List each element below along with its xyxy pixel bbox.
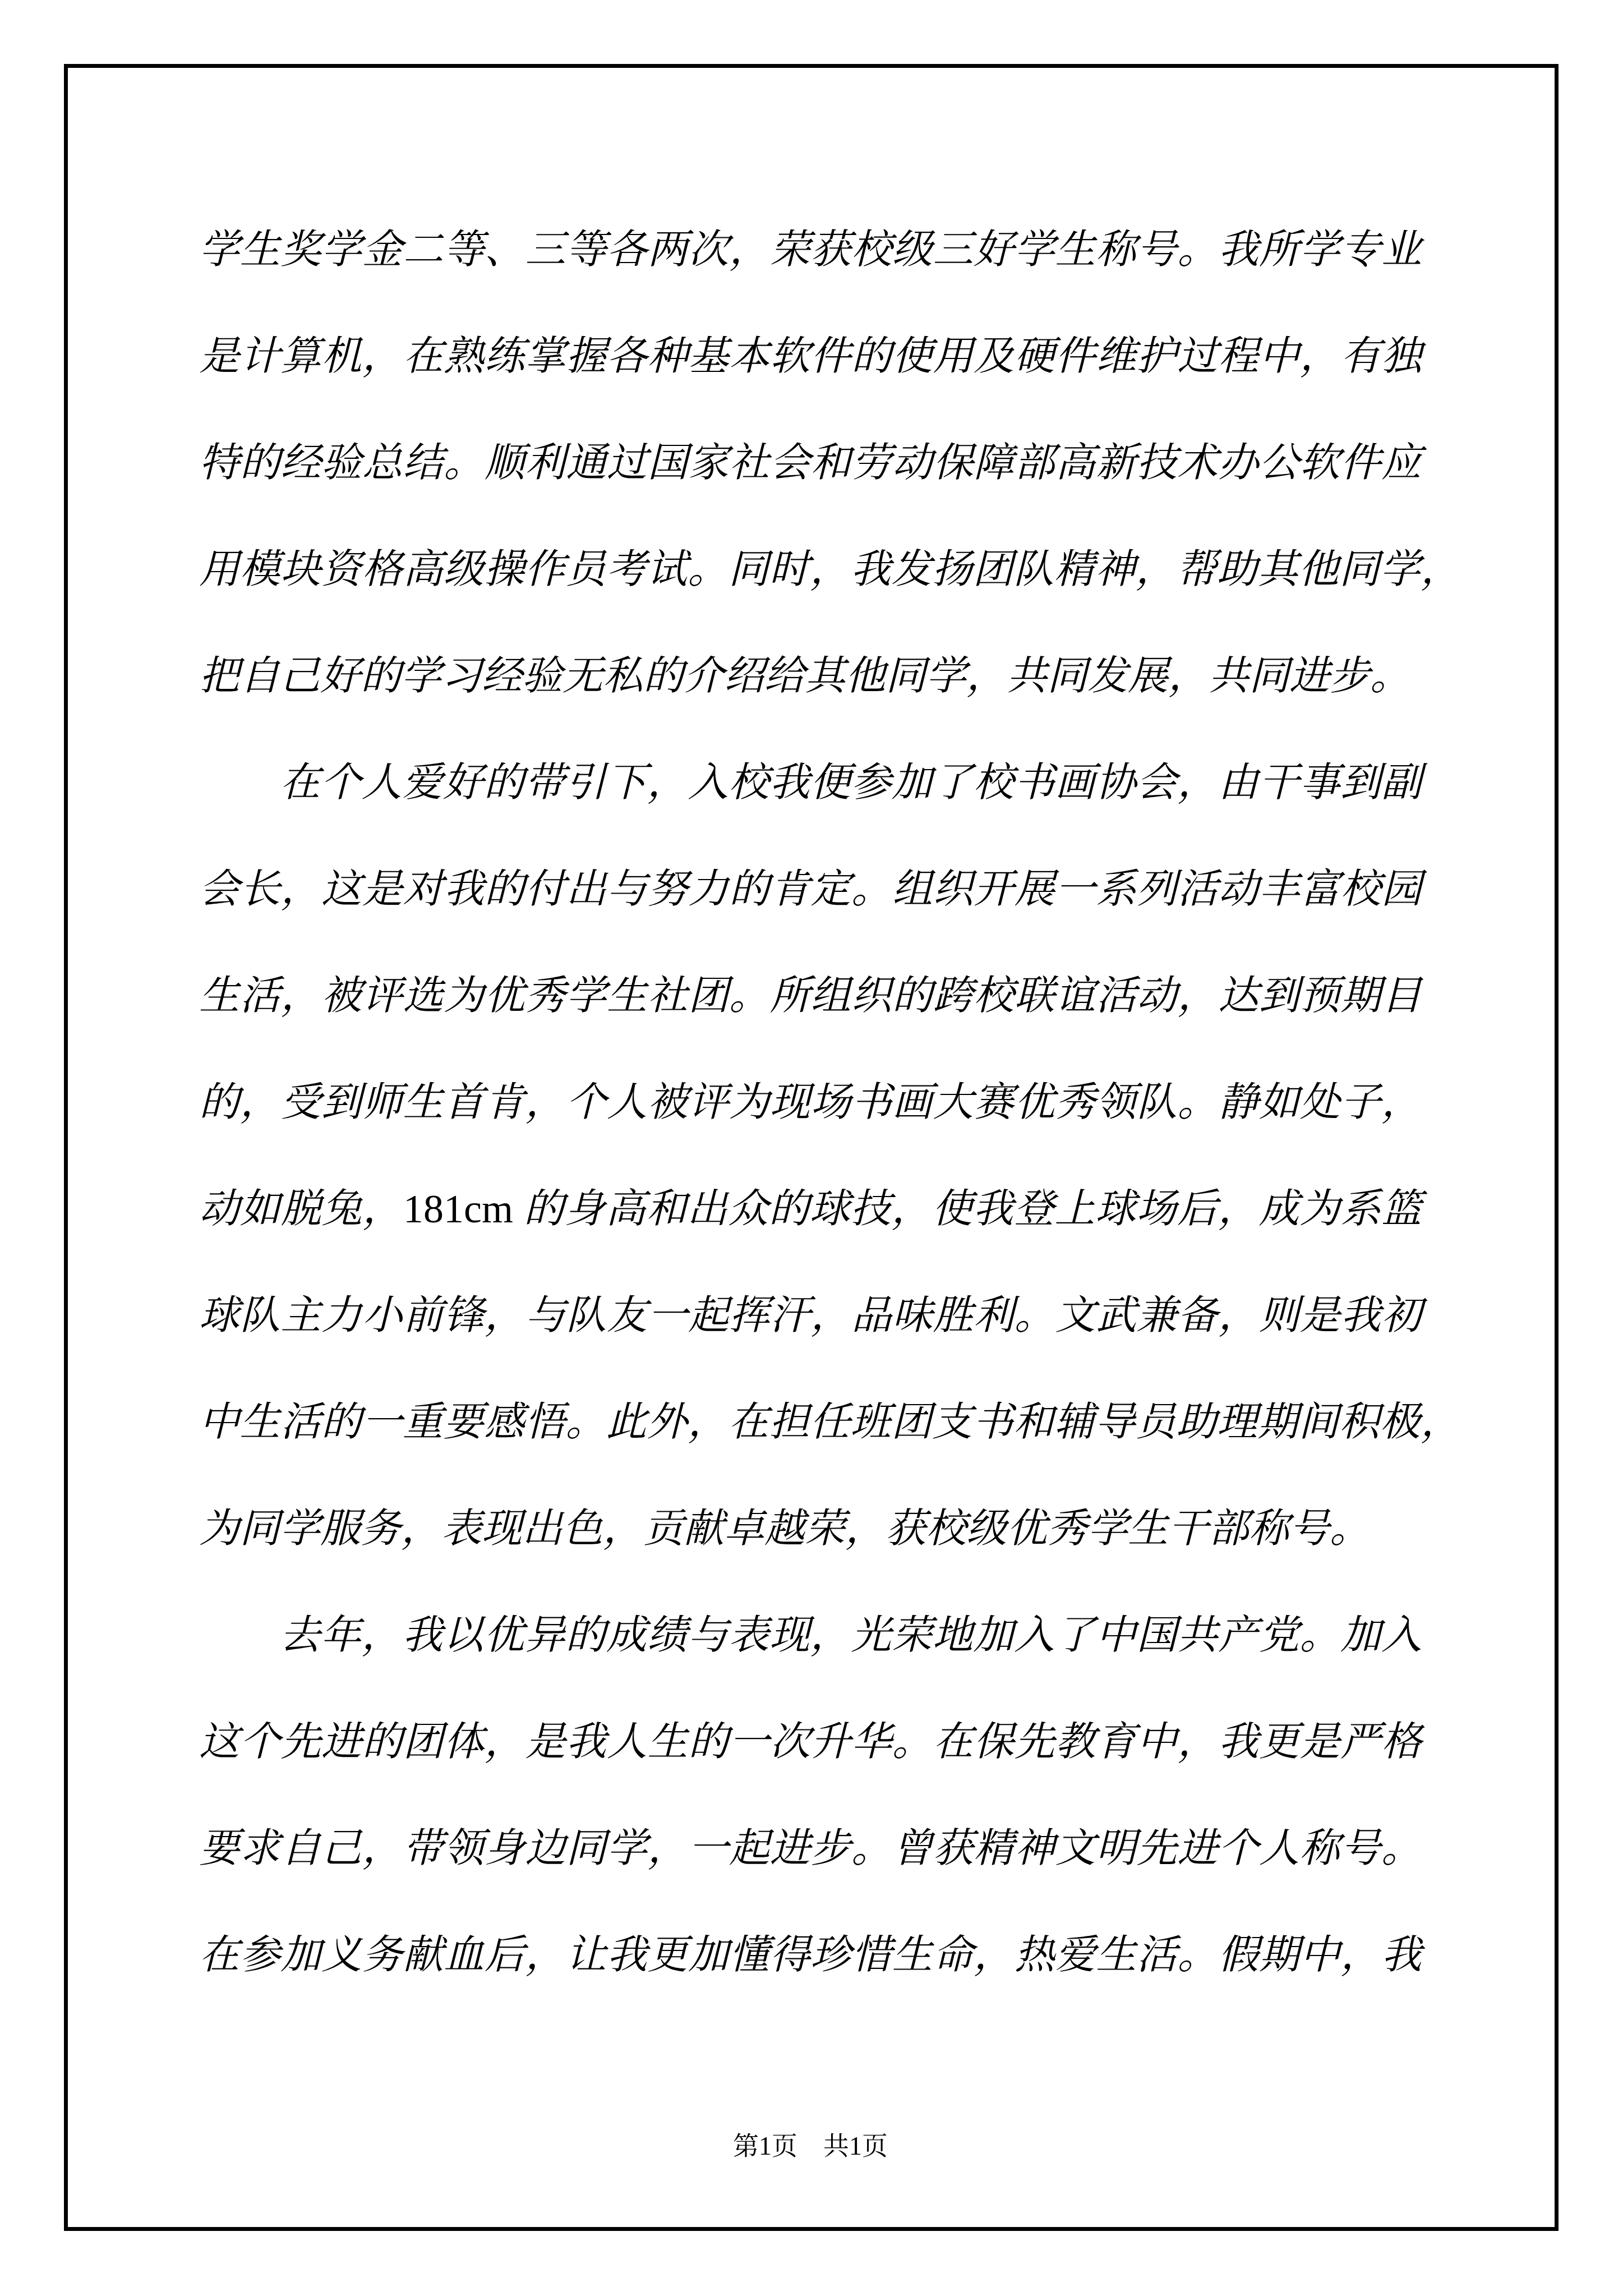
text-line: 会长，这是对我的付出与努力的肯定。组织开展一系列活动丰富校园 <box>199 836 1422 942</box>
text-line: 把自己好的学习经验无私的介绍给其他同学，共同发展，共同进步。 <box>199 623 1422 729</box>
text-line: 要求自己，带领身边同学，一起进步。曾获精神文明先进个人称号。 <box>199 1795 1422 1902</box>
paragraph: 学生奖学金二等、三等各两次，荣获校级三好学生称号。我所学专业是计算机，在熟练掌握… <box>199 196 1422 729</box>
latin-text: 181cm <box>403 1186 513 1231</box>
text-line: 在个人爱好的带引下，入校我便参加了校书画协会，由干事到副 <box>199 729 1422 836</box>
document-body: 学生奖学金二等、三等各两次，荣获校级三好学生称号。我所学专业是计算机，在熟练掌握… <box>199 196 1422 2008</box>
paragraph: 在个人爱好的带引下，入校我便参加了校书画协会，由干事到副会长，这是对我的付出与努… <box>199 729 1422 1582</box>
text-line: 生活，被评选为优秀学生社团。所组织的跨校联谊活动，达到预期目 <box>199 942 1422 1049</box>
text-line: 是计算机，在熟练掌握各种基本软件的使用及硬件维护过程中，有独 <box>199 303 1422 409</box>
text-line: 特的经验总结。顺利通过国家社会和劳动保障部高新技术办公软件应 <box>199 409 1422 516</box>
text-line: 中生活的一重要感悟。此外，在担任班团支书和辅导员助理期间积极， <box>199 1369 1461 1475</box>
page-footer: 第1页共1页 <box>199 2129 1422 2163</box>
text-line: 为同学服务，表现出色，贡献卓越荣，获校级优秀学生干部称号。 <box>199 1475 1422 1582</box>
page-count: 共1页 <box>823 2132 888 2160</box>
text-line: 在参加义务献血后，让我更加懂得珍惜生命，热爱生活。假期中，我 <box>199 1902 1422 2008</box>
page-number: 第1页 <box>733 2132 797 2160</box>
text-line: 去年，我以优异的成绩与表现，光荣地加入了中国共产党。加入 <box>199 1582 1422 1688</box>
document-page: 学生奖学金二等、三等各两次，荣获校级三好学生称号。我所学专业是计算机，在熟练掌握… <box>0 0 1623 2296</box>
text-line: 学生奖学金二等、三等各两次，荣获校级三好学生称号。我所学专业 <box>199 196 1422 303</box>
paragraph: 去年，我以优异的成绩与表现，光荣地加入了中国共产党。加入这个先进的团体，是我人生… <box>199 1582 1422 2008</box>
text-line: 球队主力小前锋，与队友一起挥汗，品味胜利。文武兼备，则是我初 <box>199 1262 1422 1369</box>
text-line: 动如脱兔，181cm 的身高和出众的球技，使我登上球场后，成为系篮 <box>199 1156 1422 1262</box>
text-line: 的，受到师生首肯，个人被评为现场书画大赛优秀领队。静如处子， <box>199 1049 1422 1156</box>
text-line: 这个先进的团体，是我人生的一次升华。在保先教育中，我更是严格 <box>199 1688 1422 1795</box>
text-line: 用模块资格高级操作员考试。同时，我发扬团队精神，帮助其他同学， <box>199 516 1461 623</box>
